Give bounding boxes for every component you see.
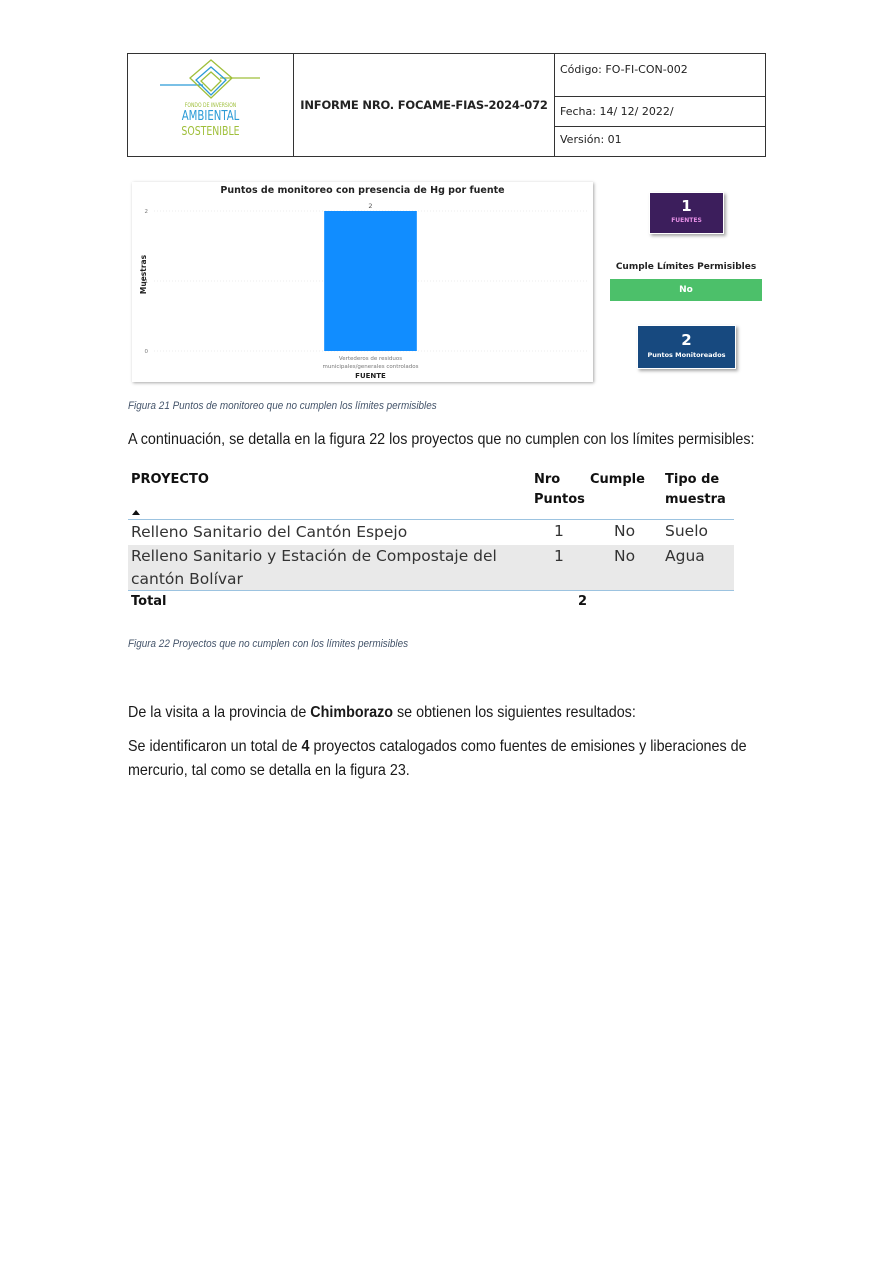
logo-text-line1: FONDO DE INVERSION	[140, 102, 280, 109]
fecha-field: Fecha: 14/ 12/ 2022/	[555, 97, 765, 127]
chimborazo-post: se obtienen los siguientes resultados:	[393, 704, 636, 721]
cell-tipo-muestra: Suelo	[665, 520, 708, 543]
cell-nro-puntos: 1	[554, 520, 564, 543]
document-header: FONDO DE INVERSION AMBIENTAL SOSTENIBLE …	[127, 53, 766, 157]
projects-table: PROYECTO Nro Puntos Cumple Tipo de muest…	[128, 466, 734, 613]
report-title: INFORME NRO. FOCAME-FIAS-2024-072	[294, 54, 555, 156]
cell-cumple: No	[614, 520, 635, 543]
nro-line1: Nro	[534, 470, 585, 490]
chimborazo-bold: Chimborazo	[310, 704, 393, 721]
codigo-field: Código: FO-FI-CON-002	[555, 54, 765, 97]
cell-tipo-muestra: Agua	[665, 545, 705, 568]
cell-proyecto: Relleno Sanitario y Estación de Composta…	[128, 545, 511, 591]
chart-y-axis-label: Muestras	[139, 255, 148, 294]
table-header: PROYECTO Nro Puntos Cumple Tipo de muest…	[128, 466, 734, 520]
sort-ascending-icon[interactable]	[132, 510, 140, 515]
total-bold: 4	[302, 738, 310, 755]
table-row: Relleno Sanitario y Estación de Composta…	[128, 545, 734, 590]
document-meta: Código: FO-FI-CON-002 Fecha: 14/ 12/ 202…	[555, 54, 765, 156]
figure-22-caption: Figura 22 Proyectos que no cumplen con l…	[128, 638, 408, 650]
fuentes-value: 1	[650, 193, 723, 214]
intro-paragraph: A continuación, se detalla en la figura …	[128, 428, 755, 452]
svg-text:FUENTE: FUENTE	[355, 372, 386, 380]
figure-21-caption: Figura 21 Puntos de monitoreo que no cum…	[128, 400, 437, 412]
logo-diamond-icon	[148, 58, 273, 104]
bar-chart: 0122Vertederos de residuosmunicipales/ge…	[132, 182, 593, 382]
logo: FONDO DE INVERSION AMBIENTAL SOSTENIBLE	[128, 54, 294, 156]
chart-canvas: 0122Vertederos de residuosmunicipales/ge…	[132, 182, 593, 382]
puntos-card: 2 Puntos Monitoreados	[637, 325, 736, 369]
chimborazo-pre: De la visita a la provincia de	[128, 704, 310, 721]
svg-text:0: 0	[145, 349, 149, 355]
total-value: 2	[578, 592, 587, 612]
tipo-line2: muestra	[665, 490, 726, 510]
fuentes-card: 1 FUENTES	[649, 192, 724, 234]
total-label: Total	[131, 592, 167, 612]
cell-nro-puntos: 1	[554, 545, 564, 568]
table-total-row: Total 2	[128, 590, 734, 613]
logo-text-line3: SOSTENIBLE	[146, 124, 275, 138]
fuentes-label: FUENTES	[650, 217, 723, 224]
cumple-title: Cumple Límites Permisibles	[608, 262, 764, 272]
total-projects-paragraph: Se identificaron un total de 4 proyectos…	[128, 735, 771, 783]
nro-line2: Puntos	[534, 490, 585, 510]
puntos-value: 2	[638, 326, 735, 348]
chimborazo-paragraph: De la visita a la provincia de Chimboraz…	[128, 701, 755, 725]
svg-text:2: 2	[368, 202, 372, 210]
cumple-status: No	[610, 279, 762, 301]
version-field: Versión: 01	[555, 127, 765, 156]
chart-title: Puntos de monitoreo con presencia de Hg …	[132, 185, 593, 196]
tipo-line1: Tipo de	[665, 470, 726, 490]
total-pre: Se identificaron un total de	[128, 738, 302, 755]
cell-proyecto: Relleno Sanitario del Cantón Espejo	[128, 521, 511, 544]
svg-text:2: 2	[145, 209, 149, 215]
logo-text-line2: AMBIENTAL	[146, 109, 275, 124]
cell-cumple: No	[614, 545, 635, 568]
column-header-cumple[interactable]: Cumple	[590, 470, 645, 490]
column-header-nro-puntos[interactable]: Nro Puntos	[534, 470, 585, 510]
column-header-proyecto[interactable]: PROYECTO	[131, 470, 209, 490]
column-header-tipo-muestra[interactable]: Tipo de muestra	[665, 470, 726, 510]
table-row: Relleno Sanitario del Cantón Espejo 1 No…	[128, 520, 734, 545]
svg-text:Vertederos de residuos: Vertederos de residuos	[339, 356, 402, 362]
svg-text:municipales/generales controla: municipales/generales controlados	[323, 364, 419, 370]
puntos-label: Puntos Monitoreados	[638, 351, 735, 359]
